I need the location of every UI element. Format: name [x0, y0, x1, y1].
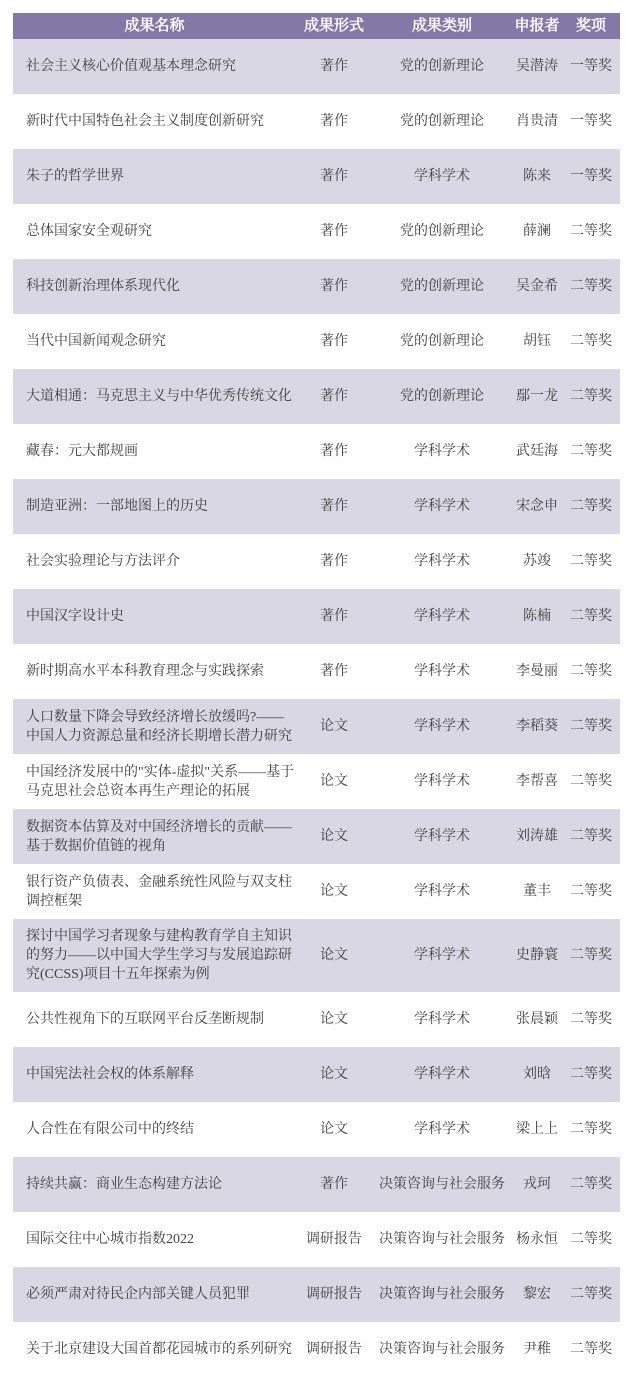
cell-applicant: 吴潜涛: [512, 39, 562, 94]
table-row: 新时代中国特色社会主义制度创新研究著作党的创新理论肖贵清一等奖: [13, 94, 620, 149]
cell-category: 党的创新理论: [372, 94, 512, 149]
cell-form: 著作: [296, 149, 372, 204]
cell-name: 中国宪法社会权的体系解释: [13, 1047, 296, 1102]
cell-award: 一等奖: [562, 94, 620, 149]
cell-award: 二等奖: [562, 919, 620, 992]
table-row: 关于北京建设大国首都花园城市的系列研究调研报告决策咨询与社会服务尹稚二等奖: [13, 1322, 620, 1377]
table-row: 新时期高水平本科教育理念与实践探索著作学科学术李曼丽二等奖: [13, 644, 620, 699]
table-row: 社会主义核心价值观基本理念研究著作党的创新理论吴潜涛一等奖: [13, 39, 620, 94]
table-row: 当代中国新闻观念研究著作党的创新理论胡钰二等奖: [13, 314, 620, 369]
cell-form: 论文: [296, 699, 372, 754]
cell-award: 二等奖: [562, 369, 620, 424]
cell-name: 新时代中国特色社会主义制度创新研究: [13, 94, 296, 149]
cell-category: 学科学术: [372, 919, 512, 992]
cell-award: 一等奖: [562, 39, 620, 94]
table-row: 科技创新治理体系现代化著作党的创新理论吴金希二等奖: [13, 259, 620, 314]
cell-form: 著作: [296, 534, 372, 589]
cell-name: 银行资产负债表、金融系统性风险与双支柱调控框架: [13, 864, 296, 919]
cell-name: 必须严肃对待民企内部关键人员犯罪: [13, 1267, 296, 1322]
cell-award: 二等奖: [562, 754, 620, 809]
cell-name: 关于北京建设大国首都花园城市的系列研究: [13, 1322, 296, 1377]
cell-form: 调研报告: [296, 1322, 372, 1377]
cell-category: 学科学术: [372, 992, 512, 1047]
column-header-name: 成果名称: [13, 13, 296, 39]
cell-form: 论文: [296, 919, 372, 992]
table-row: 银行资产负债表、金融系统性风险与双支柱调控框架论文学科学术董丰二等奖: [13, 864, 620, 919]
cell-applicant: 尹稚: [512, 1322, 562, 1377]
cell-form: 著作: [296, 204, 372, 259]
cell-award: 二等奖: [562, 424, 620, 479]
cell-form: 论文: [296, 1047, 372, 1102]
table-row: 中国宪法社会权的体系解释论文学科学术刘晗二等奖: [13, 1047, 620, 1102]
results-table: 成果名称 成果形式 成果类别 申报者 奖项 社会主义核心价值观基本理念研究著作党…: [13, 13, 620, 1377]
cell-award: 二等奖: [562, 864, 620, 919]
cell-category: 学科学术: [372, 754, 512, 809]
column-header-form: 成果形式: [296, 13, 372, 39]
cell-award: 二等奖: [562, 1322, 620, 1377]
table-row: 持续共赢：商业生态构建方法论著作决策咨询与社会服务戎珂二等奖: [13, 1157, 620, 1212]
cell-category: 决策咨询与社会服务: [372, 1267, 512, 1322]
cell-award: 二等奖: [562, 992, 620, 1047]
cell-applicant: 戎珂: [512, 1157, 562, 1212]
cell-applicant: 武廷海: [512, 424, 562, 479]
cell-applicant: 李曼丽: [512, 644, 562, 699]
cell-category: 党的创新理论: [372, 39, 512, 94]
cell-name: 新时期高水平本科教育理念与实践探索: [13, 644, 296, 699]
cell-category: 学科学术: [372, 699, 512, 754]
cell-category: 学科学术: [372, 1102, 512, 1157]
cell-applicant: 陈楠: [512, 589, 562, 644]
cell-award: 二等奖: [562, 479, 620, 534]
cell-category: 学科学术: [372, 424, 512, 479]
cell-name: 社会实验理论与方法评介: [13, 534, 296, 589]
cell-applicant: 吴金希: [512, 259, 562, 314]
cell-category: 学科学术: [372, 479, 512, 534]
cell-category: 学科学术: [372, 149, 512, 204]
cell-category: 学科学术: [372, 534, 512, 589]
table-row: 社会实验理论与方法评介著作学科学术苏竣二等奖: [13, 534, 620, 589]
cell-applicant: 胡钰: [512, 314, 562, 369]
cell-award: 二等奖: [562, 259, 620, 314]
cell-category: 学科学术: [372, 864, 512, 919]
cell-applicant: 薛澜: [512, 204, 562, 259]
cell-name: 社会主义核心价值观基本理念研究: [13, 39, 296, 94]
cell-award: 二等奖: [562, 204, 620, 259]
cell-form: 论文: [296, 992, 372, 1047]
table-row: 总体国家安全观研究著作党的创新理论薛澜二等奖: [13, 204, 620, 259]
cell-award: 二等奖: [562, 1157, 620, 1212]
column-header-award: 奖项: [562, 13, 620, 39]
table-body: 社会主义核心价值观基本理念研究著作党的创新理论吴潜涛一等奖新时代中国特色社会主义…: [13, 39, 620, 1377]
cell-form: 调研报告: [296, 1212, 372, 1267]
cell-name: 持续共赢：商业生态构建方法论: [13, 1157, 296, 1212]
table-row: 人口数量下降会导致经济增长放缓吗?——中国人力资源总量和经济长期增长潜力研究论文…: [13, 699, 620, 754]
cell-form: 著作: [296, 369, 372, 424]
awards-table-container: 成果名称 成果形式 成果类别 申报者 奖项 社会主义核心价值观基本理念研究著作党…: [13, 13, 620, 1377]
column-header-applicant: 申报者: [512, 13, 562, 39]
table-row: 大道相通：马克思主义与中华优秀传统文化著作党的创新理论鄢一龙二等奖: [13, 369, 620, 424]
cell-applicant: 董丰: [512, 864, 562, 919]
cell-award: 二等奖: [562, 1102, 620, 1157]
cell-award: 二等奖: [562, 644, 620, 699]
cell-name: 中国经济发展中的"实体-虚拟"关系——基于马克思社会总资本再生产理论的拓展: [13, 754, 296, 809]
cell-applicant: 杨永恒: [512, 1212, 562, 1267]
cell-form: 著作: [296, 479, 372, 534]
cell-award: 一等奖: [562, 149, 620, 204]
table-row: 国际交往中心城市指数2022调研报告决策咨询与社会服务杨永恒二等奖: [13, 1212, 620, 1267]
cell-form: 著作: [296, 314, 372, 369]
cell-form: 著作: [296, 589, 372, 644]
cell-form: 论文: [296, 754, 372, 809]
cell-form: 著作: [296, 94, 372, 149]
cell-applicant: 陈来: [512, 149, 562, 204]
table-row: 中国汉字设计史著作学科学术陈楠二等奖: [13, 589, 620, 644]
cell-name: 中国汉字设计史: [13, 589, 296, 644]
cell-award: 二等奖: [562, 314, 620, 369]
table-row: 制造亚洲：一部地图上的历史著作学科学术宋念申二等奖: [13, 479, 620, 534]
cell-name: 人口数量下降会导致经济增长放缓吗?——中国人力资源总量和经济长期增长潜力研究: [13, 699, 296, 754]
cell-applicant: 李帮喜: [512, 754, 562, 809]
table-row: 朱子的哲学世界著作学科学术陈来一等奖: [13, 149, 620, 204]
table-row: 中国经济发展中的"实体-虚拟"关系——基于马克思社会总资本再生产理论的拓展论文学…: [13, 754, 620, 809]
cell-applicant: 张晨颖: [512, 992, 562, 1047]
cell-category: 决策咨询与社会服务: [372, 1157, 512, 1212]
cell-award: 二等奖: [562, 809, 620, 864]
cell-form: 论文: [296, 864, 372, 919]
cell-applicant: 史静寰: [512, 919, 562, 992]
cell-name: 当代中国新闻观念研究: [13, 314, 296, 369]
cell-applicant: 刘涛雄: [512, 809, 562, 864]
cell-award: 二等奖: [562, 1267, 620, 1322]
cell-category: 党的创新理论: [372, 314, 512, 369]
cell-form: 著作: [296, 259, 372, 314]
cell-form: 著作: [296, 1157, 372, 1212]
table-row: 藏春：元大都规画著作学科学术武廷海二等奖: [13, 424, 620, 479]
cell-applicant: 刘晗: [512, 1047, 562, 1102]
cell-form: 论文: [296, 1102, 372, 1157]
table-row: 数据资本估算及对中国经济增长的贡献——基于数据价值链的视角论文学科学术刘涛雄二等…: [13, 809, 620, 864]
cell-category: 决策咨询与社会服务: [372, 1212, 512, 1267]
cell-award: 二等奖: [562, 589, 620, 644]
cell-award: 二等奖: [562, 1212, 620, 1267]
table-row: 公共性视角下的互联网平台反垄断规制论文学科学术张晨颖二等奖: [13, 992, 620, 1047]
cell-name: 总体国家安全观研究: [13, 204, 296, 259]
cell-category: 党的创新理论: [372, 259, 512, 314]
cell-category: 决策咨询与社会服务: [372, 1322, 512, 1377]
cell-category: 学科学术: [372, 809, 512, 864]
cell-name: 藏春：元大都规画: [13, 424, 296, 479]
table-row: 必须严肃对待民企内部关键人员犯罪调研报告决策咨询与社会服务黎宏二等奖: [13, 1267, 620, 1322]
table-header-row: 成果名称 成果形式 成果类别 申报者 奖项: [13, 13, 620, 39]
table-row: 人合性在有限公司中的终结论文学科学术梁上上二等奖: [13, 1102, 620, 1157]
table-row: 探讨中国学习者现象与建构教育学自主知识的努力——以中国大学生学习与发展追踪研究(…: [13, 919, 620, 992]
cell-form: 著作: [296, 39, 372, 94]
cell-name: 人合性在有限公司中的终结: [13, 1102, 296, 1157]
cell-category: 学科学术: [372, 1047, 512, 1102]
cell-name: 公共性视角下的互联网平台反垄断规制: [13, 992, 296, 1047]
cell-applicant: 肖贵清: [512, 94, 562, 149]
cell-name: 国际交往中心城市指数2022: [13, 1212, 296, 1267]
cell-name: 朱子的哲学世界: [13, 149, 296, 204]
cell-category: 党的创新理论: [372, 204, 512, 259]
cell-form: 著作: [296, 644, 372, 699]
cell-applicant: 梁上上: [512, 1102, 562, 1157]
cell-name: 科技创新治理体系现代化: [13, 259, 296, 314]
cell-name: 制造亚洲：一部地图上的历史: [13, 479, 296, 534]
cell-award: 二等奖: [562, 1047, 620, 1102]
cell-category: 党的创新理论: [372, 369, 512, 424]
cell-category: 学科学术: [372, 589, 512, 644]
cell-category: 学科学术: [372, 644, 512, 699]
cell-name: 大道相通：马克思主义与中华优秀传统文化: [13, 369, 296, 424]
cell-award: 二等奖: [562, 534, 620, 589]
cell-name: 探讨中国学习者现象与建构教育学自主知识的努力——以中国大学生学习与发展追踪研究(…: [13, 919, 296, 992]
cell-name: 数据资本估算及对中国经济增长的贡献——基于数据价值链的视角: [13, 809, 296, 864]
cell-applicant: 鄢一龙: [512, 369, 562, 424]
cell-form: 著作: [296, 424, 372, 479]
cell-form: 调研报告: [296, 1267, 372, 1322]
cell-form: 论文: [296, 809, 372, 864]
column-header-category: 成果类别: [372, 13, 512, 39]
cell-applicant: 黎宏: [512, 1267, 562, 1322]
cell-applicant: 李稻葵: [512, 699, 562, 754]
cell-applicant: 宋念申: [512, 479, 562, 534]
cell-applicant: 苏竣: [512, 534, 562, 589]
cell-award: 二等奖: [562, 699, 620, 754]
